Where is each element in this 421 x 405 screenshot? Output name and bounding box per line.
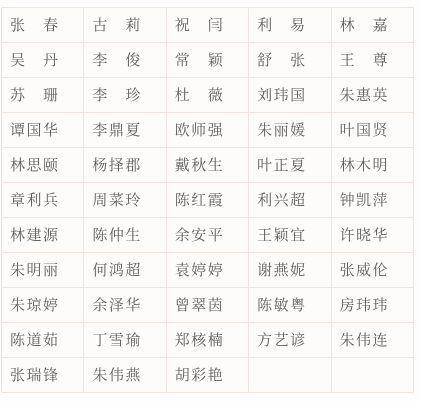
- person-name: 曾翠茵: [175, 296, 223, 314]
- person-name: 谭国华: [10, 121, 58, 139]
- name-cell: 祝闫: [166, 8, 248, 43]
- person-name: 何鸿超: [92, 261, 140, 279]
- name-cell: 林思颐: [2, 148, 84, 183]
- person-name: 欧师强: [175, 121, 223, 139]
- name-cell: 叶正夏: [249, 148, 331, 183]
- name-cell: 余泽华: [84, 288, 166, 323]
- name-cell: 李俊: [84, 43, 166, 78]
- table-row: 陈道茹丁雪瑜郑核楠方艺谚朱伟连: [2, 323, 414, 358]
- person-name: 陈红霞: [175, 191, 223, 209]
- person-name: 刘玮国: [257, 86, 305, 104]
- person-name: 李鼎夏: [92, 121, 140, 139]
- name-cell: 朱伟连: [331, 323, 413, 358]
- name-cell: 朱伟燕: [84, 358, 166, 393]
- name-cell: 朱琼婷: [2, 288, 84, 323]
- person-name: 李珍: [92, 86, 140, 104]
- name-cell: 林嘉: [331, 8, 413, 43]
- person-name: 方艺谚: [257, 331, 305, 349]
- person-name: 林嘉: [340, 16, 388, 34]
- person-name: 利易: [257, 16, 305, 34]
- person-name: 古莉: [92, 16, 140, 34]
- name-cell: 朱惠英: [331, 78, 413, 113]
- name-cell: 苏珊: [2, 78, 84, 113]
- name-cell: 林建源: [2, 218, 84, 253]
- person-name: 李俊: [92, 51, 140, 69]
- person-name: 周菜玲: [92, 191, 140, 209]
- person-name: 林木明: [340, 156, 388, 174]
- name-cell: 常颖: [166, 43, 248, 78]
- person-name: 钟凯萍: [340, 191, 388, 209]
- table-row: 朱明丽何鸿超袁婷婷谢燕妮张威伦: [2, 253, 414, 288]
- name-cell: 杨择郡: [84, 148, 166, 183]
- table-row: 苏珊李珍杜薇刘玮国朱惠英: [2, 78, 414, 113]
- name-cell: 陈红霞: [166, 183, 248, 218]
- person-name: 张威伦: [340, 261, 388, 279]
- person-name: 陈敏粤: [257, 296, 305, 314]
- person-name: 杨择郡: [92, 156, 140, 174]
- person-name: 谢燕妮: [257, 261, 305, 279]
- name-cell: [249, 358, 331, 393]
- person-name: 王颖宜: [257, 226, 305, 244]
- person-name: 叶国贤: [340, 121, 388, 139]
- names-table: 张春古莉祝闫利易林嘉吴丹李俊常颖舒张王尊苏珊李珍杜薇刘玮国朱惠英谭国华李鼎夏欧师…: [1, 7, 414, 393]
- name-cell: 古莉: [84, 8, 166, 43]
- name-cell: 许晓华: [331, 218, 413, 253]
- name-cell: 陈道茹: [2, 323, 84, 358]
- name-cell: 李珍: [84, 78, 166, 113]
- table-row: 章利兵周菜玲陈红霞利兴超钟凯萍: [2, 183, 414, 218]
- name-cell: 舒张: [249, 43, 331, 78]
- name-cell: 张威伦: [331, 253, 413, 288]
- person-name: 章利兵: [10, 191, 58, 209]
- name-cell: 胡彩艳: [166, 358, 248, 393]
- person-name: 朱丽媛: [257, 121, 305, 139]
- name-cell: [331, 358, 413, 393]
- name-cell: 陈敏粤: [249, 288, 331, 323]
- person-name: 王尊: [340, 51, 388, 69]
- person-name: 余安平: [175, 226, 223, 244]
- name-cell: 谢燕妮: [249, 253, 331, 288]
- name-cell: 方艺谚: [249, 323, 331, 358]
- person-name: 吴丹: [10, 51, 58, 69]
- name-cell: 朱丽媛: [249, 113, 331, 148]
- person-name: 张春: [10, 16, 58, 34]
- name-cell: 陈仲生: [84, 218, 166, 253]
- name-cell: 丁雪瑜: [84, 323, 166, 358]
- name-cell: 房玮玮: [331, 288, 413, 323]
- person-name: 丁雪瑜: [92, 331, 140, 349]
- person-name: 朱伟燕: [92, 366, 140, 384]
- name-cell: 利兴超: [249, 183, 331, 218]
- person-name: 苏珊: [10, 86, 58, 104]
- name-cell: 李鼎夏: [84, 113, 166, 148]
- person-name: 许晓华: [340, 226, 388, 244]
- name-cell: 叶国贤: [331, 113, 413, 148]
- table-row: 林建源陈仲生余安平王颖宜许晓华: [2, 218, 414, 253]
- name-cell: 曾翠茵: [166, 288, 248, 323]
- person-name: 余泽华: [92, 296, 140, 314]
- names-table-body: 张春古莉祝闫利易林嘉吴丹李俊常颖舒张王尊苏珊李珍杜薇刘玮国朱惠英谭国华李鼎夏欧师…: [2, 8, 414, 393]
- name-cell: 戴秋生: [166, 148, 248, 183]
- person-name: 陈道茹: [10, 331, 58, 349]
- name-cell: 钟凯萍: [331, 183, 413, 218]
- person-name: 林建源: [10, 226, 58, 244]
- name-cell: 杜薇: [166, 78, 248, 113]
- name-cell: 王颖宜: [249, 218, 331, 253]
- person-name: 林思颐: [10, 156, 58, 174]
- name-cell: 张瑞锋: [2, 358, 84, 393]
- person-name: 陈仲生: [92, 226, 140, 244]
- person-name: 舒张: [257, 51, 305, 69]
- person-name: 张瑞锋: [10, 366, 58, 384]
- name-cell: 刘玮国: [249, 78, 331, 113]
- person-name: 祝闫: [175, 16, 223, 34]
- name-cell: 朱明丽: [2, 253, 84, 288]
- person-name: 房玮玮: [340, 296, 388, 314]
- name-cell: 郑核楠: [166, 323, 248, 358]
- name-cell: 吴丹: [2, 43, 84, 78]
- name-cell: 周菜玲: [84, 183, 166, 218]
- person-name: 郑核楠: [175, 331, 223, 349]
- name-cell: 余安平: [166, 218, 248, 253]
- table-row: 林思颐杨择郡戴秋生叶正夏林木明: [2, 148, 414, 183]
- name-cell: 王尊: [331, 43, 413, 78]
- person-name: 袁婷婷: [175, 261, 223, 279]
- person-name: 杜薇: [175, 86, 223, 104]
- table-row: 张春古莉祝闫利易林嘉: [2, 8, 414, 43]
- name-list-page: 张春古莉祝闫利易林嘉吴丹李俊常颖舒张王尊苏珊李珍杜薇刘玮国朱惠英谭国华李鼎夏欧师…: [0, 0, 421, 405]
- person-name: 胡彩艳: [175, 366, 223, 384]
- name-cell: 何鸿超: [84, 253, 166, 288]
- table-row: 谭国华李鼎夏欧师强朱丽媛叶国贤: [2, 113, 414, 148]
- table-row: 张瑞锋朱伟燕胡彩艳: [2, 358, 414, 393]
- person-name: 利兴超: [257, 191, 305, 209]
- name-cell: 袁婷婷: [166, 253, 248, 288]
- person-name: 朱惠英: [340, 86, 388, 104]
- name-cell: 利易: [249, 8, 331, 43]
- name-cell: 欧师强: [166, 113, 248, 148]
- person-name: 朱琼婷: [10, 296, 58, 314]
- name-cell: 章利兵: [2, 183, 84, 218]
- table-row: 吴丹李俊常颖舒张王尊: [2, 43, 414, 78]
- name-cell: 林木明: [331, 148, 413, 183]
- person-name: 叶正夏: [257, 156, 305, 174]
- person-name: 戴秋生: [175, 156, 223, 174]
- name-cell: 谭国华: [2, 113, 84, 148]
- table-row: 朱琼婷余泽华曾翠茵陈敏粤房玮玮: [2, 288, 414, 323]
- person-name: 常颖: [175, 51, 223, 69]
- person-name: 朱明丽: [10, 261, 58, 279]
- person-name: 朱伟连: [340, 331, 388, 349]
- name-cell: 张春: [2, 8, 84, 43]
